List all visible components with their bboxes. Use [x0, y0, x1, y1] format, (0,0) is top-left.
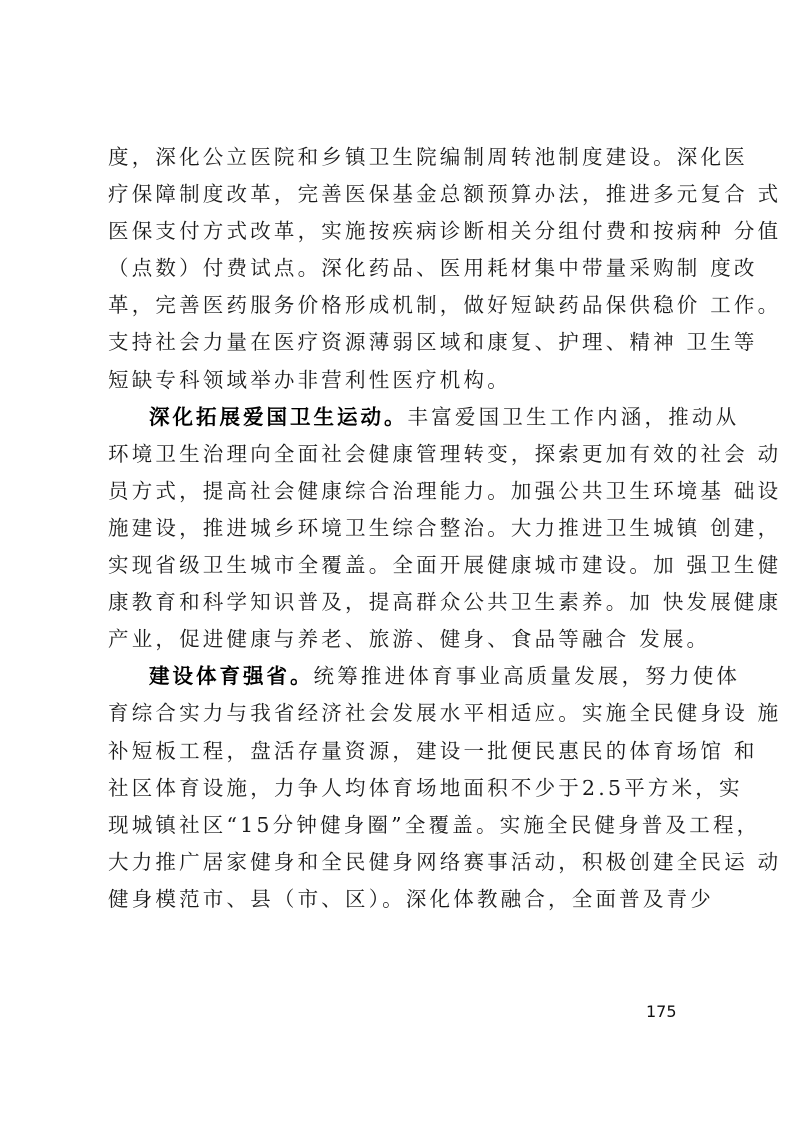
text-line: 实现省级卫生城市全覆盖。全面开展健康城市建设。加 强卫生健 [108, 547, 698, 584]
text-span: 统筹推进体育事业高质量发展，努力使体 [314, 664, 741, 688]
paragraph-medical-reform: 度，深化公立医院和乡镇卫生院编制周转池制度建设。深化医 疗保障制度改革，完善医保… [108, 139, 698, 399]
text-line: 大力推广居家健身和全民健身网络赛事活动，积极创建全民运 动 [108, 844, 698, 881]
paragraph-first-line: 建设体育强省。统筹推进体育事业高质量发展，努力使体 [108, 658, 698, 695]
text-line: 革，完善医药服务价格形成机制，做好短缺药品保供稳价 工作。 [108, 287, 698, 324]
page-number: 175 [646, 1002, 677, 1021]
text-line: 短缺专科领域举办非营利性医疗机构。 [108, 362, 698, 399]
paragraph-lead-heading: 建设体育强省。 [149, 664, 314, 688]
text-line: 育综合实力与我省经济社会发展水平相适应。实施全民健身设 施 [108, 695, 698, 732]
text-span: 丰富爱国卫生工作内涵，推动从 [408, 405, 740, 429]
paragraph-lead-heading: 深化拓展爱国卫生运动。 [149, 405, 408, 429]
text-line: 员方式，提高社会健康综合治理能力。加强公共卫生环境基 础设 [108, 473, 698, 510]
text-line: 补短板工程，盘活存量资源，建设一批便民惠民的体育场馆 和 [108, 733, 698, 770]
text-line: 康教育和科学知识普及，提高群众公共卫生素养。加 快发展健康 [108, 584, 698, 621]
text-line: （点数）付费试点。深化药品、医用耗材集中带量采购制 度改 [108, 250, 698, 287]
text-line: 医保支付方式改革，实施按疾病诊断相关分组付费和按病种 分值 [108, 213, 698, 250]
text-line: 施建设，推进城乡环境卫生综合整治。大力推进卫生城镇 创建， [108, 510, 698, 547]
text-line: 支持社会力量在医疗资源薄弱区域和康复、护理、精神 卫生等 [108, 324, 698, 361]
body-text: 度，深化公立医院和乡镇卫生院编制周转池制度建设。深化医 疗保障制度改革，完善医保… [108, 139, 698, 918]
text-line: 度，深化公立医院和乡镇卫生院编制周转池制度建设。深化医 [108, 139, 698, 176]
text-line: 现城镇社区“15分钟健身圈”全覆盖。实施全民健身普及工程， [108, 807, 698, 844]
text-line: 社区体育设施，力争人均体育场地面积不少于2.5平方米，实 [108, 770, 698, 807]
text-line: 疗保障制度改革，完善医保基金总额预算办法，推进多元复合 式 [108, 176, 698, 213]
text-line: 环境卫生治理向全面社会健康管理转变，探索更加有效的社会 动 [108, 436, 698, 473]
paragraph-patriotic-health: 深化拓展爱国卫生运动。丰富爱国卫生工作内涵，推动从 环境卫生治理向全面社会健康管… [108, 399, 698, 659]
document-page: 度，深化公立医院和乡镇卫生院编制周转池制度建设。深化医 疗保障制度改革，完善医保… [0, 0, 793, 1122]
text-line: 健身模范市、县（市、区）。深化体教融合，全面普及青少 [108, 881, 698, 918]
text-line: 产业，促进健康与养老、旅游、健身、食品等融合 发展。 [108, 621, 698, 658]
paragraph-first-line: 深化拓展爱国卫生运动。丰富爱国卫生工作内涵，推动从 [108, 399, 698, 436]
paragraph-sports-province: 建设体育强省。统筹推进体育事业高质量发展，努力使体 育综合实力与我省经济社会发展… [108, 658, 698, 918]
